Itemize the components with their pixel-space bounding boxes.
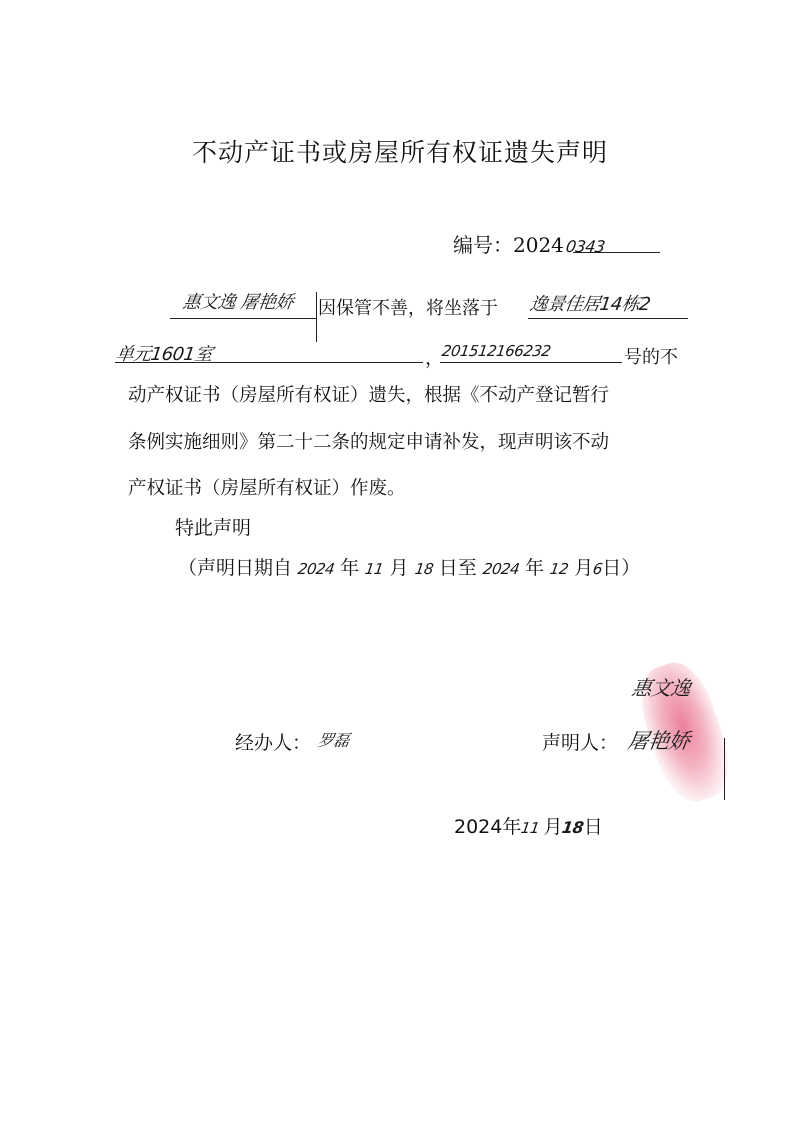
signature-stroke bbox=[316, 292, 317, 342]
paragraph-line-5: 产权证书（房屋所有权证）作废。 bbox=[128, 474, 406, 500]
address-underline-2 bbox=[115, 362, 423, 363]
serial-underline bbox=[573, 252, 660, 253]
period-start-day: 18 bbox=[413, 560, 434, 578]
signing-date: 2024年11月18日 bbox=[454, 812, 603, 839]
period-start-year: 2024 bbox=[297, 560, 336, 578]
certificate-number: 201512166232 bbox=[442, 341, 551, 360]
serial-handwritten: 0343 bbox=[565, 237, 606, 256]
serial-label: 编号： bbox=[453, 233, 513, 257]
period-end-year: 2024 bbox=[482, 560, 521, 578]
serial-number: 编号：20240343 bbox=[453, 229, 605, 258]
address-underline-1 bbox=[528, 318, 688, 319]
paragraph-text-1: 因保管不善，将坐落于 bbox=[318, 294, 498, 320]
declarant-signature-1: 惠文逸 bbox=[632, 672, 691, 701]
handler-label: 经办人： bbox=[235, 728, 311, 755]
period-start-month: 11 bbox=[364, 560, 385, 578]
declarant-signature-2: 屠艳娇 bbox=[628, 725, 690, 755]
declaration-period: （声明日期自 2024 年 11 月 18 日至 2024 年 12 月6日） bbox=[178, 553, 640, 580]
address-part-1: 逸景佳居14栋2 bbox=[530, 290, 650, 316]
certificate-underline bbox=[440, 362, 622, 363]
closing-text: 特此声明 bbox=[175, 513, 251, 540]
paragraph-line-3: 动产权证书（房屋所有权证）遗失，根据《不动产登记暂行 bbox=[128, 381, 609, 407]
owner-underline bbox=[170, 318, 317, 319]
period-end-month: 12 bbox=[549, 560, 570, 578]
owner-names: 惠文逸 屠艳娇 bbox=[183, 288, 293, 314]
handler-signature: 罗磊 bbox=[318, 728, 349, 751]
serial-prefix: 2024 bbox=[513, 233, 564, 257]
document-title: 不动产证书或房屋所有权证遗失声明 bbox=[0, 133, 800, 169]
declarant-label: 声明人： bbox=[542, 728, 618, 755]
date-year: 2024 bbox=[454, 816, 502, 838]
date-day: 18 bbox=[561, 818, 585, 837]
paragraph-line-4: 条例实施细则》第二十二条的规定申请补发，现声明该不动 bbox=[128, 428, 609, 454]
date-month: 11 bbox=[520, 819, 541, 837]
paragraph-text-2: 号的不 bbox=[624, 343, 678, 369]
signature-stroke bbox=[724, 738, 725, 800]
